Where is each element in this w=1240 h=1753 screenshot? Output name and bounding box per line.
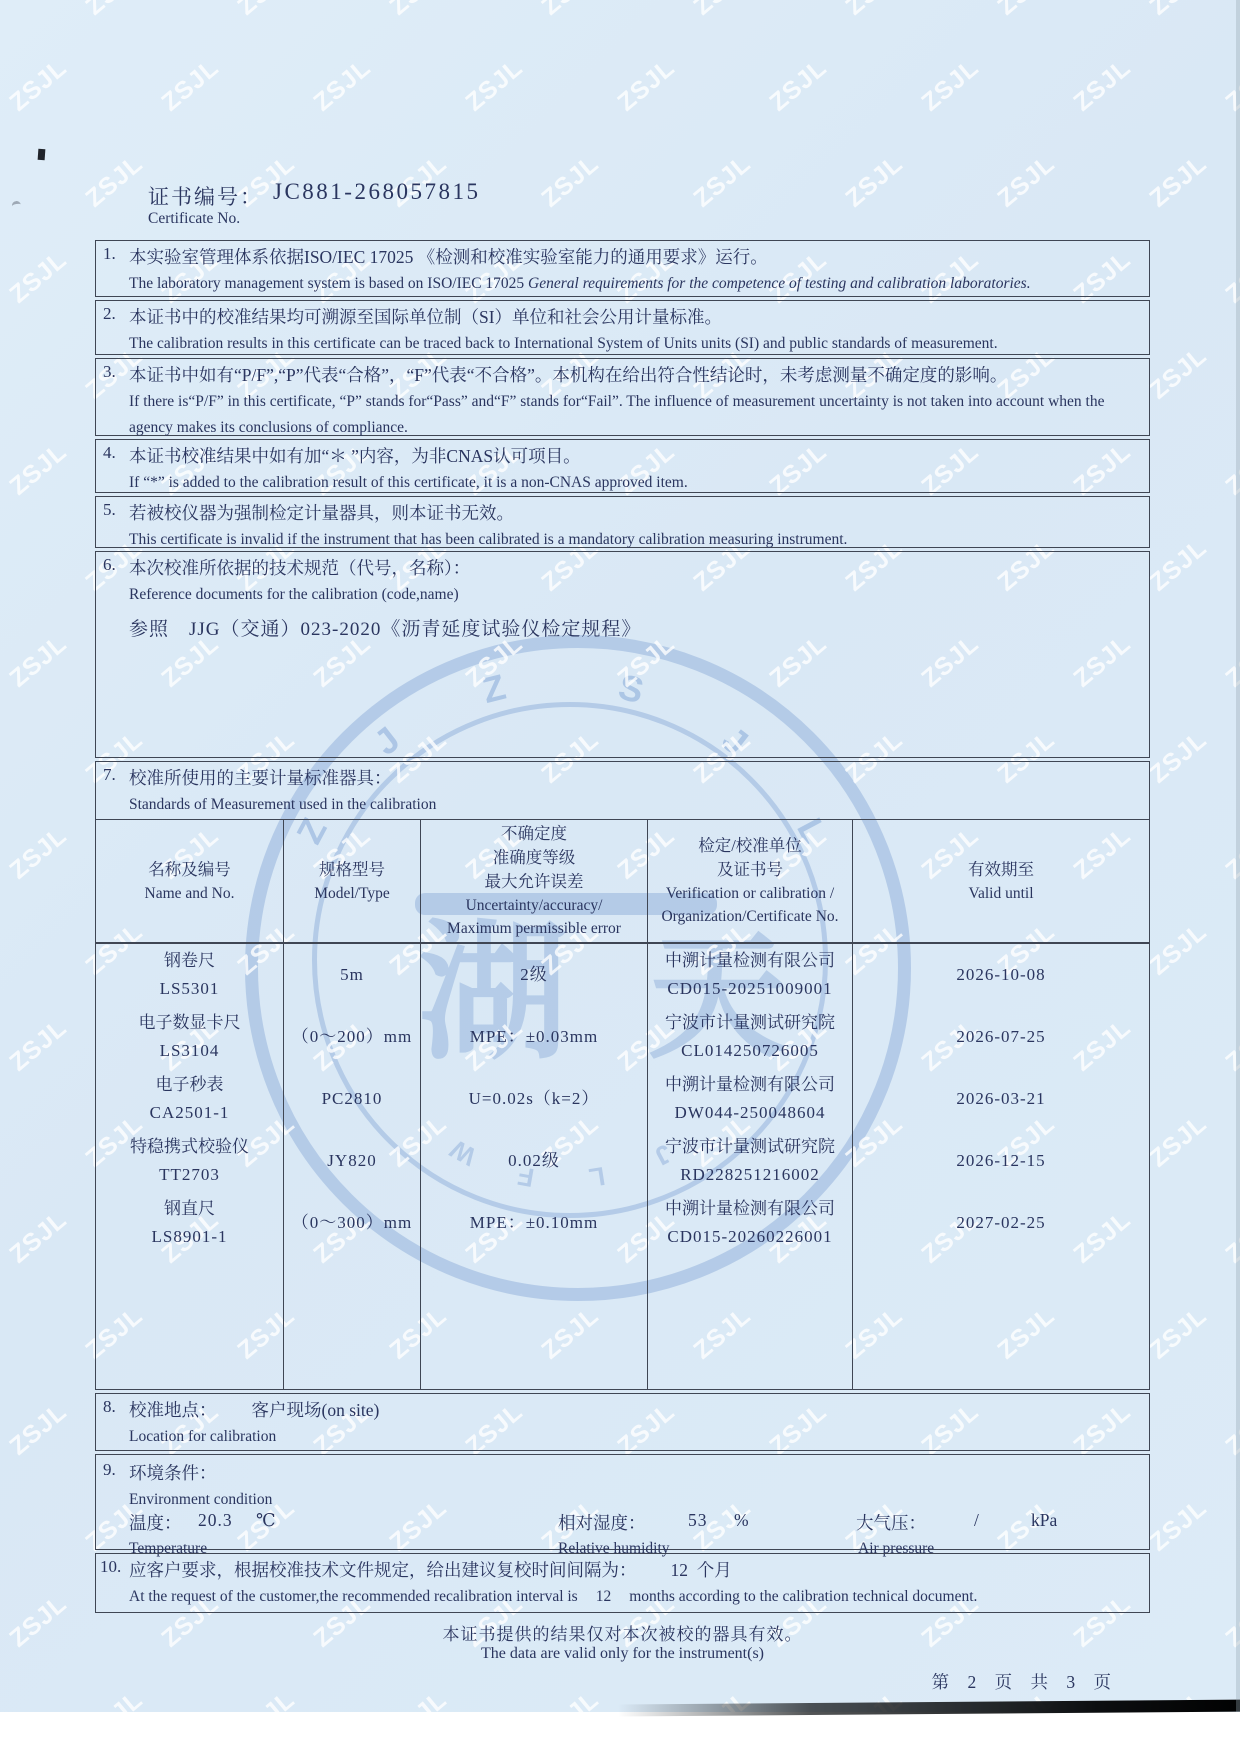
table-row-cell-uncertainty: 2级	[421, 944, 648, 1006]
clause-box-6: 6. 本次校准所依据的技术规范（代号，名称）： Reference docume…	[95, 551, 1150, 758]
location-value: 客户现场(on site)	[252, 1400, 380, 1420]
section7-heading: 7. 校准所使用的主要计量标准器具： Standards of Measurem…	[96, 762, 1149, 819]
temperature-label-zh: 温度：	[129, 1510, 182, 1535]
clause-en-italic: General requirements for the competence …	[528, 275, 1031, 292]
env-title-zh: 环境条件：	[129, 1460, 217, 1485]
scanned-certificate-page: 湖 天 ZJZSJLJLFW ZSJLZSJLZSJLZSJLZSJLZSJLZ…	[0, 0, 1240, 1753]
section7-title-zh: 校准所使用的主要计量标准器具：	[129, 765, 1139, 792]
table-row-cell-model: PC2810	[284, 1068, 421, 1130]
humidity-value: 53	[688, 1510, 708, 1531]
section7-box: 7. 校准所使用的主要计量标准器具： Standards of Measurem…	[95, 761, 1150, 1390]
table-row-cell-valid: 2026-07-25	[853, 1006, 1149, 1068]
table-row-cell-name: 特稳携式校验仪TT2703	[96, 1130, 284, 1192]
humidity-label-zh: 相对湿度：	[558, 1510, 646, 1535]
certificate-header: 证书编号： JC881-268057815 Certificate No.	[95, 185, 1150, 240]
clause-box-3: 3. 本证书中如有“P/F”,“P”代表“合格”，“F”代表“不合格”。本机构在…	[95, 358, 1150, 436]
clause-number: 7.	[103, 765, 116, 785]
table-filler-cell	[284, 1254, 421, 1389]
header-zh: 及证书号	[648, 858, 852, 882]
header-en: Organization/Certificate No.	[648, 905, 852, 928]
header-zh: 检定/校准单位	[648, 834, 852, 858]
clause-box-5: 5. 若被校仪器为强制检定计量器具，则本证书无效。 This certifica…	[95, 496, 1150, 548]
clause-box-2: 2. 本证书中的校准结果均可溯源至国际单位制（SI）单位和社会公用计量标准。 T…	[95, 300, 1150, 355]
table-header-model: 规格型号 Model/Type	[284, 820, 421, 944]
header-zh: 最大允许误差	[421, 870, 647, 894]
table-row-cell-organization: 宁波市计量测试研究院RD228251216002	[648, 1130, 853, 1192]
table-row-cell-model: JY820	[284, 1130, 421, 1192]
temperature-unit: ℃	[256, 1510, 276, 1531]
table-filler-cell	[96, 1254, 284, 1389]
ink-blot	[38, 149, 46, 160]
recal-interval-value-zh: 12	[671, 1560, 689, 1580]
recal-interval-value-en: 12	[596, 1588, 612, 1605]
table-row-cell-uncertainty: U=0.02s（k=2）	[421, 1068, 648, 1130]
certificate-no-label-zh: 证书编号：	[148, 181, 263, 211]
header-en: Valid until	[853, 882, 1149, 905]
clause-number: 8.	[103, 1397, 116, 1417]
table-row-cell-model: 5m	[284, 944, 421, 1006]
environment-conditions: 9. 环境条件： Environment condition 温度： 20.3 …	[96, 1455, 1149, 1549]
table-header-organization: 检定/校准单位 及证书号 Verification or calibration…	[648, 820, 853, 944]
section8-box: 8. 校准地点：客户现场(on site) Location for calib…	[95, 1393, 1150, 1451]
clause-box-4: 4. 本证书校准结果中如有加“＊ ”内容，为非CNAS认可项目。 If “*” …	[95, 439, 1150, 493]
location-label: 校准地点：	[129, 1400, 217, 1420]
section8-label-en: Location for calibration	[129, 1424, 1139, 1450]
table-filler-cell	[421, 1254, 648, 1389]
recal-interval-label-zh: 应客户要求，根据校准技术文件规定，给出建议复校时间间隔为：	[129, 1560, 637, 1580]
section7-title-en: Standards of Measurement used in the cal…	[129, 792, 1139, 818]
section10-box: 10. 应客户要求，根据校准技术文件规定，给出建议复校时间间隔为：12 个月 A…	[95, 1553, 1150, 1613]
clause-text-zh: 本证书校准结果中如有加“＊ ”内容，为非CNAS认可项目。	[129, 443, 1139, 470]
table-row-cell-name: 钢直尺LS8901-1	[96, 1192, 284, 1254]
table-row-cell-model: （0～200）mm	[284, 1006, 421, 1068]
certificate-content: 证书编号： JC881-268057815 Certificate No. 1.…	[95, 185, 1150, 1694]
table-row-cell-valid: 2026-12-15	[853, 1130, 1149, 1192]
table-row-cell-uncertainty: MPE：±0.03mm	[421, 1006, 648, 1068]
clause-text-en: The laboratory management system is base…	[129, 271, 1139, 297]
header-en: Model/Type	[284, 882, 420, 905]
humidity-unit: %	[734, 1510, 749, 1531]
table-filler-cell	[853, 1254, 1149, 1389]
table-header-name: 名称及编号 Name and No.	[96, 820, 284, 944]
pressure-unit: kPa	[1031, 1510, 1057, 1531]
header-en: Uncertainty/accuracy/	[421, 894, 647, 917]
table-row-cell-name: 电子秒表CA2501-1	[96, 1068, 284, 1130]
header-zh: 不确定度	[421, 822, 647, 846]
recal-interval-post-en: months according to the calibration tech…	[629, 1588, 977, 1605]
reference-document: 参照 JJG（交通）023-2020《沥青延度试验仪检定规程》	[129, 614, 1139, 641]
header-en: Verification or calibration /	[648, 882, 852, 905]
certificate-no-label-en: Certificate No.	[148, 210, 240, 228]
clause-text-zh: 本证书中如有“P/F”,“P”代表“合格”，“F”代表“不合格”。本机构在给出符…	[129, 362, 1139, 389]
clause-text-en: The calibration results in this certific…	[129, 331, 1139, 357]
page-number: 第 2 页 共 3 页	[95, 1669, 1150, 1694]
table-row-cell-uncertainty: 0.02级	[421, 1130, 648, 1192]
header-zh: 名称及编号	[96, 858, 283, 882]
clause-text-en: If “*” is added to the calibration resul…	[129, 470, 1139, 496]
clause-text-zh: 本证书中的校准结果均可溯源至国际单位制（SI）单位和社会公用计量标准。	[129, 304, 1139, 331]
clause-number: 9.	[103, 1460, 116, 1480]
table-row-cell-name: 钢卷尺LS5301	[96, 944, 284, 1006]
table-row-cell-organization: 中溯计量检测有限公司DW044-250048604	[648, 1068, 853, 1130]
pressure-value: /	[974, 1510, 979, 1531]
table-filler-cell	[648, 1254, 853, 1389]
section10-text-zh: 应客户要求，根据校准技术文件规定，给出建议复校时间间隔为：12 个月	[129, 1557, 1139, 1584]
header-zh: 规格型号	[284, 858, 420, 882]
section6-title-zh: 本次校准所依据的技术规范（代号，名称）：	[129, 555, 1139, 582]
clause-text-zh: 若被校仪器为强制检定计量器具，则本证书无效。	[129, 500, 1139, 527]
section8-label-zh: 校准地点：客户现场(on site)	[129, 1397, 1139, 1424]
clause-text-en: This certificate is invalid if the instr…	[129, 527, 1139, 553]
section10-text-en: At the request of the customer,the recom…	[129, 1584, 1139, 1610]
recal-interval-unit-zh: 个月	[697, 1560, 732, 1580]
table-row-cell-valid: 2027-02-25	[853, 1192, 1149, 1254]
clause-number: 6.	[103, 555, 116, 575]
header-zh: 准确度等级	[421, 846, 647, 870]
clause-number: 3.	[103, 362, 116, 382]
header-en: Maximum permissible error	[421, 917, 647, 940]
section6-title-en: Reference documents for the calibration …	[129, 582, 1139, 608]
clause-en-normal: The laboratory management system is base…	[129, 275, 528, 292]
table-row-cell-valid: 2026-03-21	[853, 1068, 1149, 1130]
clause-text-zh: 本实验室管理体系依据ISO/IEC 17025 《检测和校准实验室能力的通用要求…	[129, 244, 1139, 271]
footer-note-en: The data are valid only for the instrume…	[95, 1645, 1150, 1663]
table-row-cell-uncertainty: MPE：±0.10mm	[421, 1192, 648, 1254]
table-row-cell-organization: 中溯计量检测有限公司CD015-20251009001	[648, 944, 853, 1006]
table-row-cell-organization: 宁波市计量测试研究院CL014250726005	[648, 1006, 853, 1068]
section9-box: 9. 环境条件： Environment condition 温度： 20.3 …	[95, 1454, 1150, 1550]
temperature-value: 20.3	[198, 1510, 233, 1531]
table-row-cell-model: （0～300）mm	[284, 1192, 421, 1254]
header-en: Name and No.	[96, 882, 283, 905]
table-row-cell-organization: 中溯计量检测有限公司CD015-20260226001	[648, 1192, 853, 1254]
clause-number: 1.	[103, 244, 116, 264]
table-header-uncertainty: 不确定度 准确度等级 最大允许误差 Uncertainty/accuracy/ …	[421, 820, 648, 944]
table-row-cell-valid: 2026-10-08	[853, 944, 1149, 1006]
footer-note-zh: 本证书提供的结果仅对本次被校的器具有效。	[95, 1620, 1150, 1645]
pressure-label-zh: 大气压：	[856, 1510, 926, 1535]
clause-number: 2.	[103, 304, 116, 324]
header-zh: 有效期至	[853, 858, 1149, 882]
certificate-number: JC881-268057815	[273, 179, 480, 205]
scan-right-edge	[1236, 0, 1240, 1712]
clause-number: 5.	[103, 500, 116, 520]
clause-box-1: 1. 本实验室管理体系依据ISO/IEC 17025 《检测和校准实验室能力的通…	[95, 240, 1150, 297]
clause-number: 4.	[103, 443, 116, 463]
standards-table: 名称及编号 Name and No. 规格型号 Model/Type 不确定度 …	[96, 819, 1149, 1389]
table-row-cell-name: 电子数显卡尺LS3104	[96, 1006, 284, 1068]
clause-text-en: If there is“P/F” in this certificate, “P…	[129, 389, 1139, 441]
recal-interval-label-en: At the request of the customer,the recom…	[129, 1588, 578, 1605]
clause-number: 10.	[100, 1557, 121, 1577]
table-header-valid-until: 有效期至 Valid until	[853, 820, 1149, 944]
